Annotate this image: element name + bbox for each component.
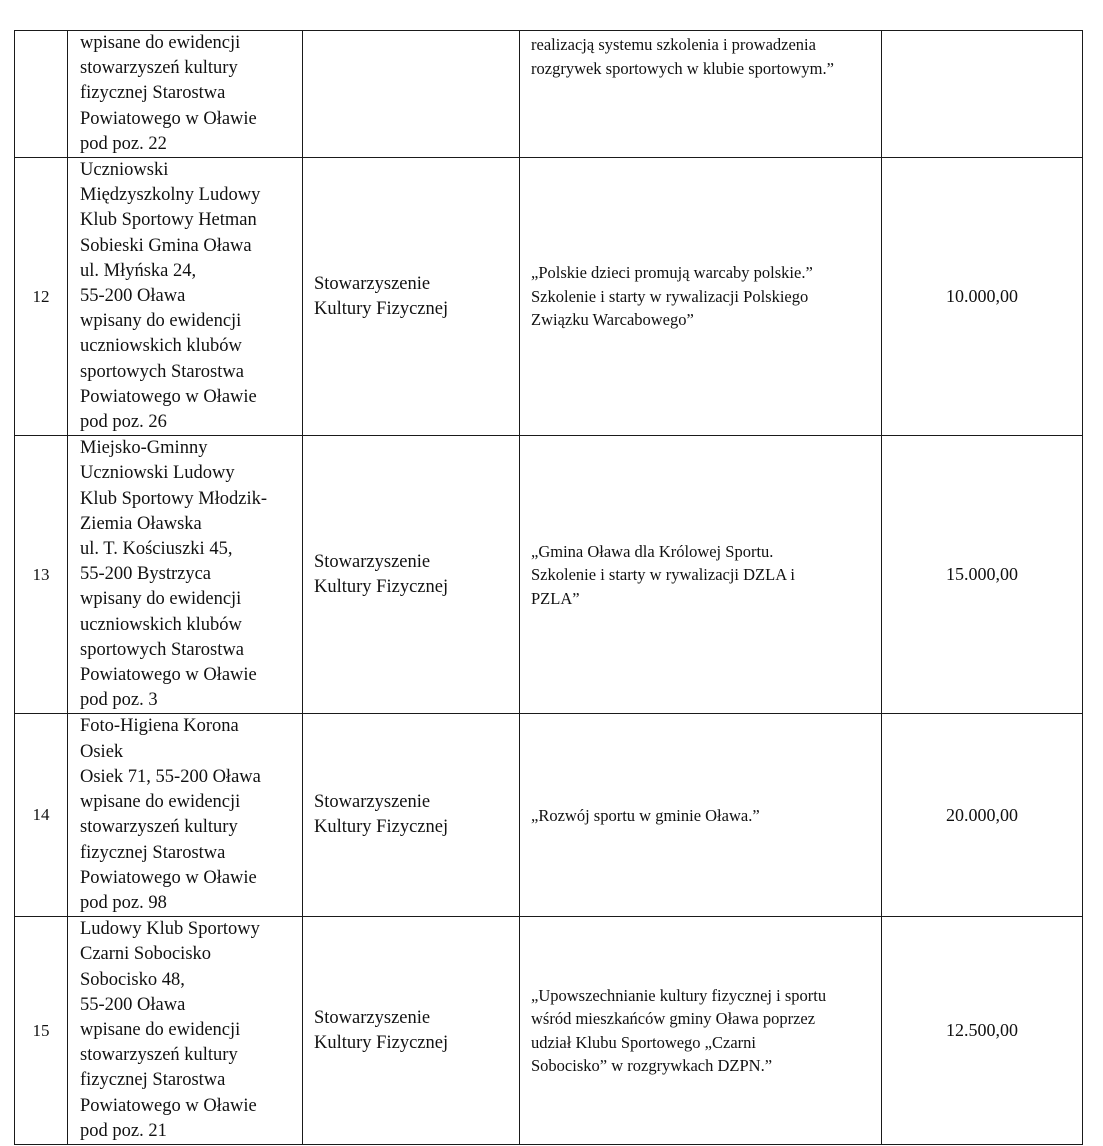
legal-form: Stowarzyszenie Kultury Fizycznej — [303, 714, 520, 917]
table-row: 14 Foto-Higiena Korona Osiek Osiek 71, 5… — [15, 714, 1083, 917]
legal-form — [303, 31, 520, 158]
table-row: 15 Ludowy Klub Sportowy Czarni Sobocisko… — [15, 917, 1083, 1145]
organization-name: Ludowy Klub Sportowy Czarni Sobocisko So… — [68, 917, 303, 1145]
row-number — [15, 31, 68, 158]
task-title: realizacją systemu szkolenia i prowadzen… — [520, 31, 882, 158]
organization-name: wpisane do ewidencji stowarzyszeń kultur… — [68, 31, 303, 158]
task-title: „Upowszechnianie kultury fizycznej i spo… — [520, 917, 882, 1145]
task-title: „Gmina Oława dla Królowej Sportu. Szkole… — [520, 436, 882, 714]
table-row: 12 Uczniowski Międzyszkolny Ludowy Klub … — [15, 158, 1083, 436]
table-row: 13 Miejsko-Gminny Uczniowski Ludowy Klub… — [15, 436, 1083, 714]
legal-form: Stowarzyszenie Kultury Fizycznej — [303, 917, 520, 1145]
organization-name: Foto-Higiena Korona Osiek Osiek 71, 55-2… — [68, 714, 303, 917]
organization-name: Uczniowski Międzyszkolny Ludowy Klub Spo… — [68, 158, 303, 436]
legal-form: Stowarzyszenie Kultury Fizycznej — [303, 436, 520, 714]
grant-amount: 10.000,00 — [882, 158, 1083, 436]
grants-table: wpisane do ewidencji stowarzyszeń kultur… — [14, 30, 1083, 1145]
row-number: 12 — [15, 158, 68, 436]
grant-amount: 15.000,00 — [882, 436, 1083, 714]
legal-form: Stowarzyszenie Kultury Fizycznej — [303, 158, 520, 436]
grant-amount: 20.000,00 — [882, 714, 1083, 917]
table-row: wpisane do ewidencji stowarzyszeń kultur… — [15, 31, 1083, 158]
row-number: 15 — [15, 917, 68, 1145]
task-title: „Polskie dzieci promują warcaby polskie.… — [520, 158, 882, 436]
task-title: „Rozwój sportu w gminie Oława.” — [520, 714, 882, 917]
row-number: 14 — [15, 714, 68, 917]
organization-name: Miejsko-Gminny Uczniowski Ludowy Klub Sp… — [68, 436, 303, 714]
row-number: 13 — [15, 436, 68, 714]
grant-amount — [882, 31, 1083, 158]
grant-amount: 12.500,00 — [882, 917, 1083, 1145]
